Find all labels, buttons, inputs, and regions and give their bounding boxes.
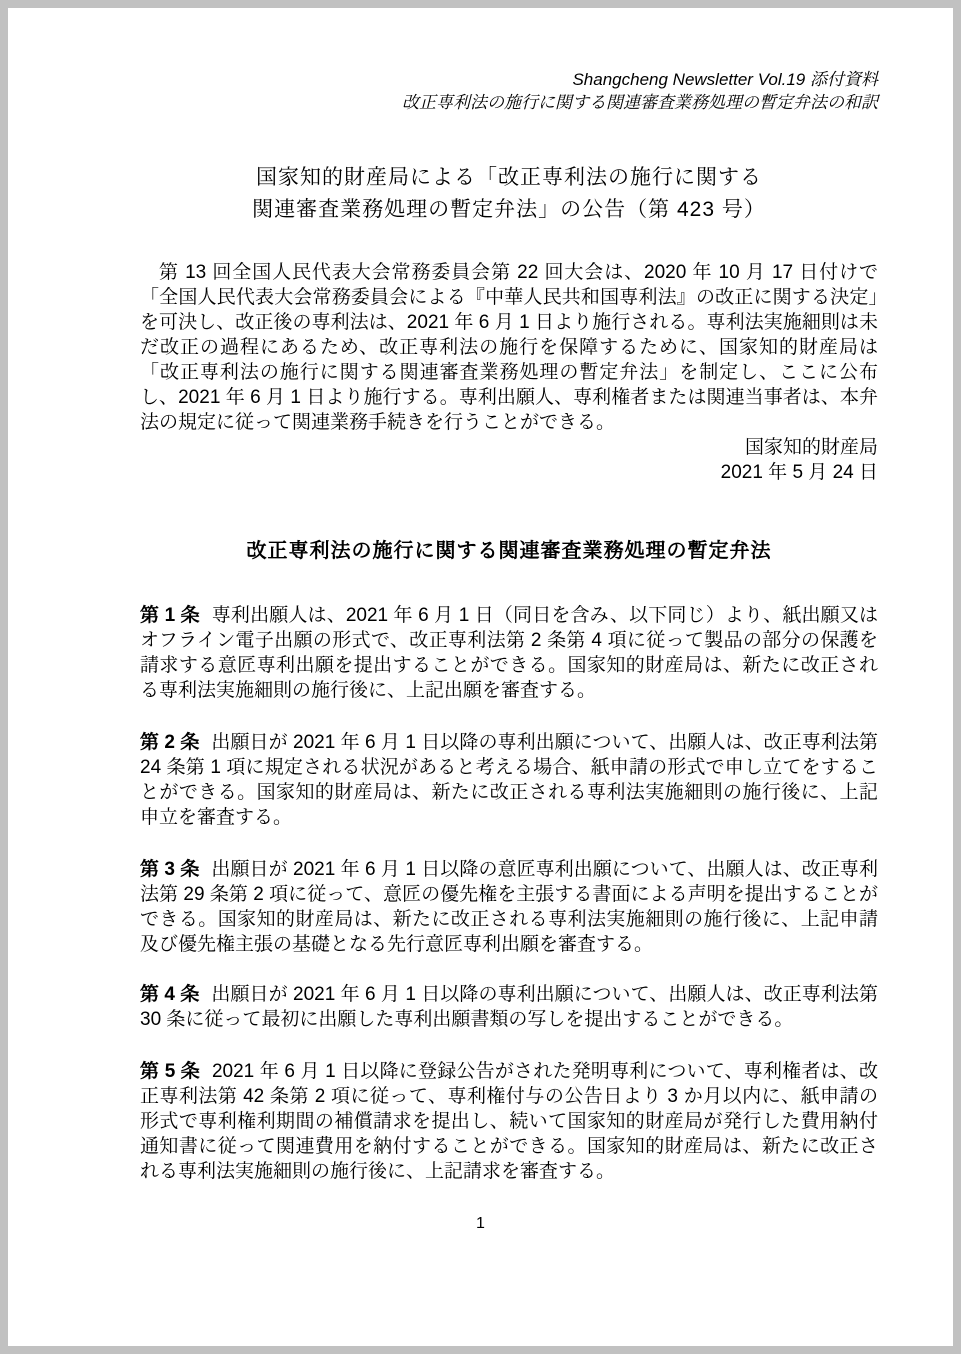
article-2-label: 第 2 条 [140,732,199,753]
document-viewport: { "header": { "line1": "Shangcheng Newsl… [0,0,961,1354]
article-3: 第 3 条出願日が 2021 年 6 月 1 日以降の意匠専利出願について、出願… [140,857,878,957]
article-3-text: 出願日が 2021 年 6 月 1 日以降の意匠専利出願について、出願人は、改正… [140,859,878,955]
article-5: 第 5 条2021 年 6 月 1 日以降に登録公告がされた発明専利について、専… [140,1059,878,1184]
signature-date: 2021 年 5 月 24 日 [140,460,878,485]
signature-organization: 国家知的財産局 [140,435,878,460]
document-page: Shangcheng Newsletter Vol.19 添付資料 改正専利法の… [8,8,953,1346]
announcement-title-line2: 関連審査業務処理の暫定弁法」の公告（第 423 号） [140,194,878,226]
page-content: Shangcheng Newsletter Vol.19 添付資料 改正専利法の… [140,8,878,1184]
article-5-label: 第 5 条 [140,1061,200,1082]
article-2-text: 出願日が 2021 年 6 月 1 日以降の専利出願について、出願人は、改正専利… [140,732,878,828]
article-1: 第 1 条専利出願人は、2021 年 6 月 1 日（同日を含み、以下同じ）より… [140,603,878,703]
announcement-body: 第 13 回全国人民代表大会常務委員会第 22 回大会は、2020 年 10 月… [140,260,878,435]
newsletter-reference: Shangcheng Newsletter Vol.19 添付資料 [140,68,878,91]
document-subtitle: 改正専利法の施行に関する関連審査業務処理の暫定弁法の和訳 [140,91,878,114]
article-5-text: 2021 年 6 月 1 日以降に登録公告がされた発明専利について、専利権者は、… [140,1061,878,1182]
article-2: 第 2 条出願日が 2021 年 6 月 1 日以降の専利出願について、出願人は… [140,730,878,830]
announcement-title-line1: 国家知的財産局による「改正専利法の施行に関する [140,162,878,194]
article-3-label: 第 3 条 [140,859,199,880]
article-4-text: 出願日が 2021 年 6 月 1 日以降の専利出願について、出願人は、改正専利… [140,984,878,1030]
provisions-heading: 改正専利法の施行に関する関連審査業務処理の暫定弁法 [140,537,878,565]
article-1-text: 専利出願人は、2021 年 6 月 1 日（同日を含み、以下同じ）より、紙出願又… [140,605,878,701]
announcement-title: 国家知的財産局による「改正専利法の施行に関する 関連審査業務処理の暫定弁法」の公… [140,162,878,226]
article-1-label: 第 1 条 [140,605,200,626]
document-header: Shangcheng Newsletter Vol.19 添付資料 改正専利法の… [140,68,878,114]
page-number: 1 [8,1214,953,1234]
article-4: 第 4 条出願日が 2021 年 6 月 1 日以降の専利出願について、出願人は… [140,982,878,1032]
signature-block: 国家知的財産局 2021 年 5 月 24 日 [140,435,878,485]
article-4-label: 第 4 条 [140,984,199,1005]
